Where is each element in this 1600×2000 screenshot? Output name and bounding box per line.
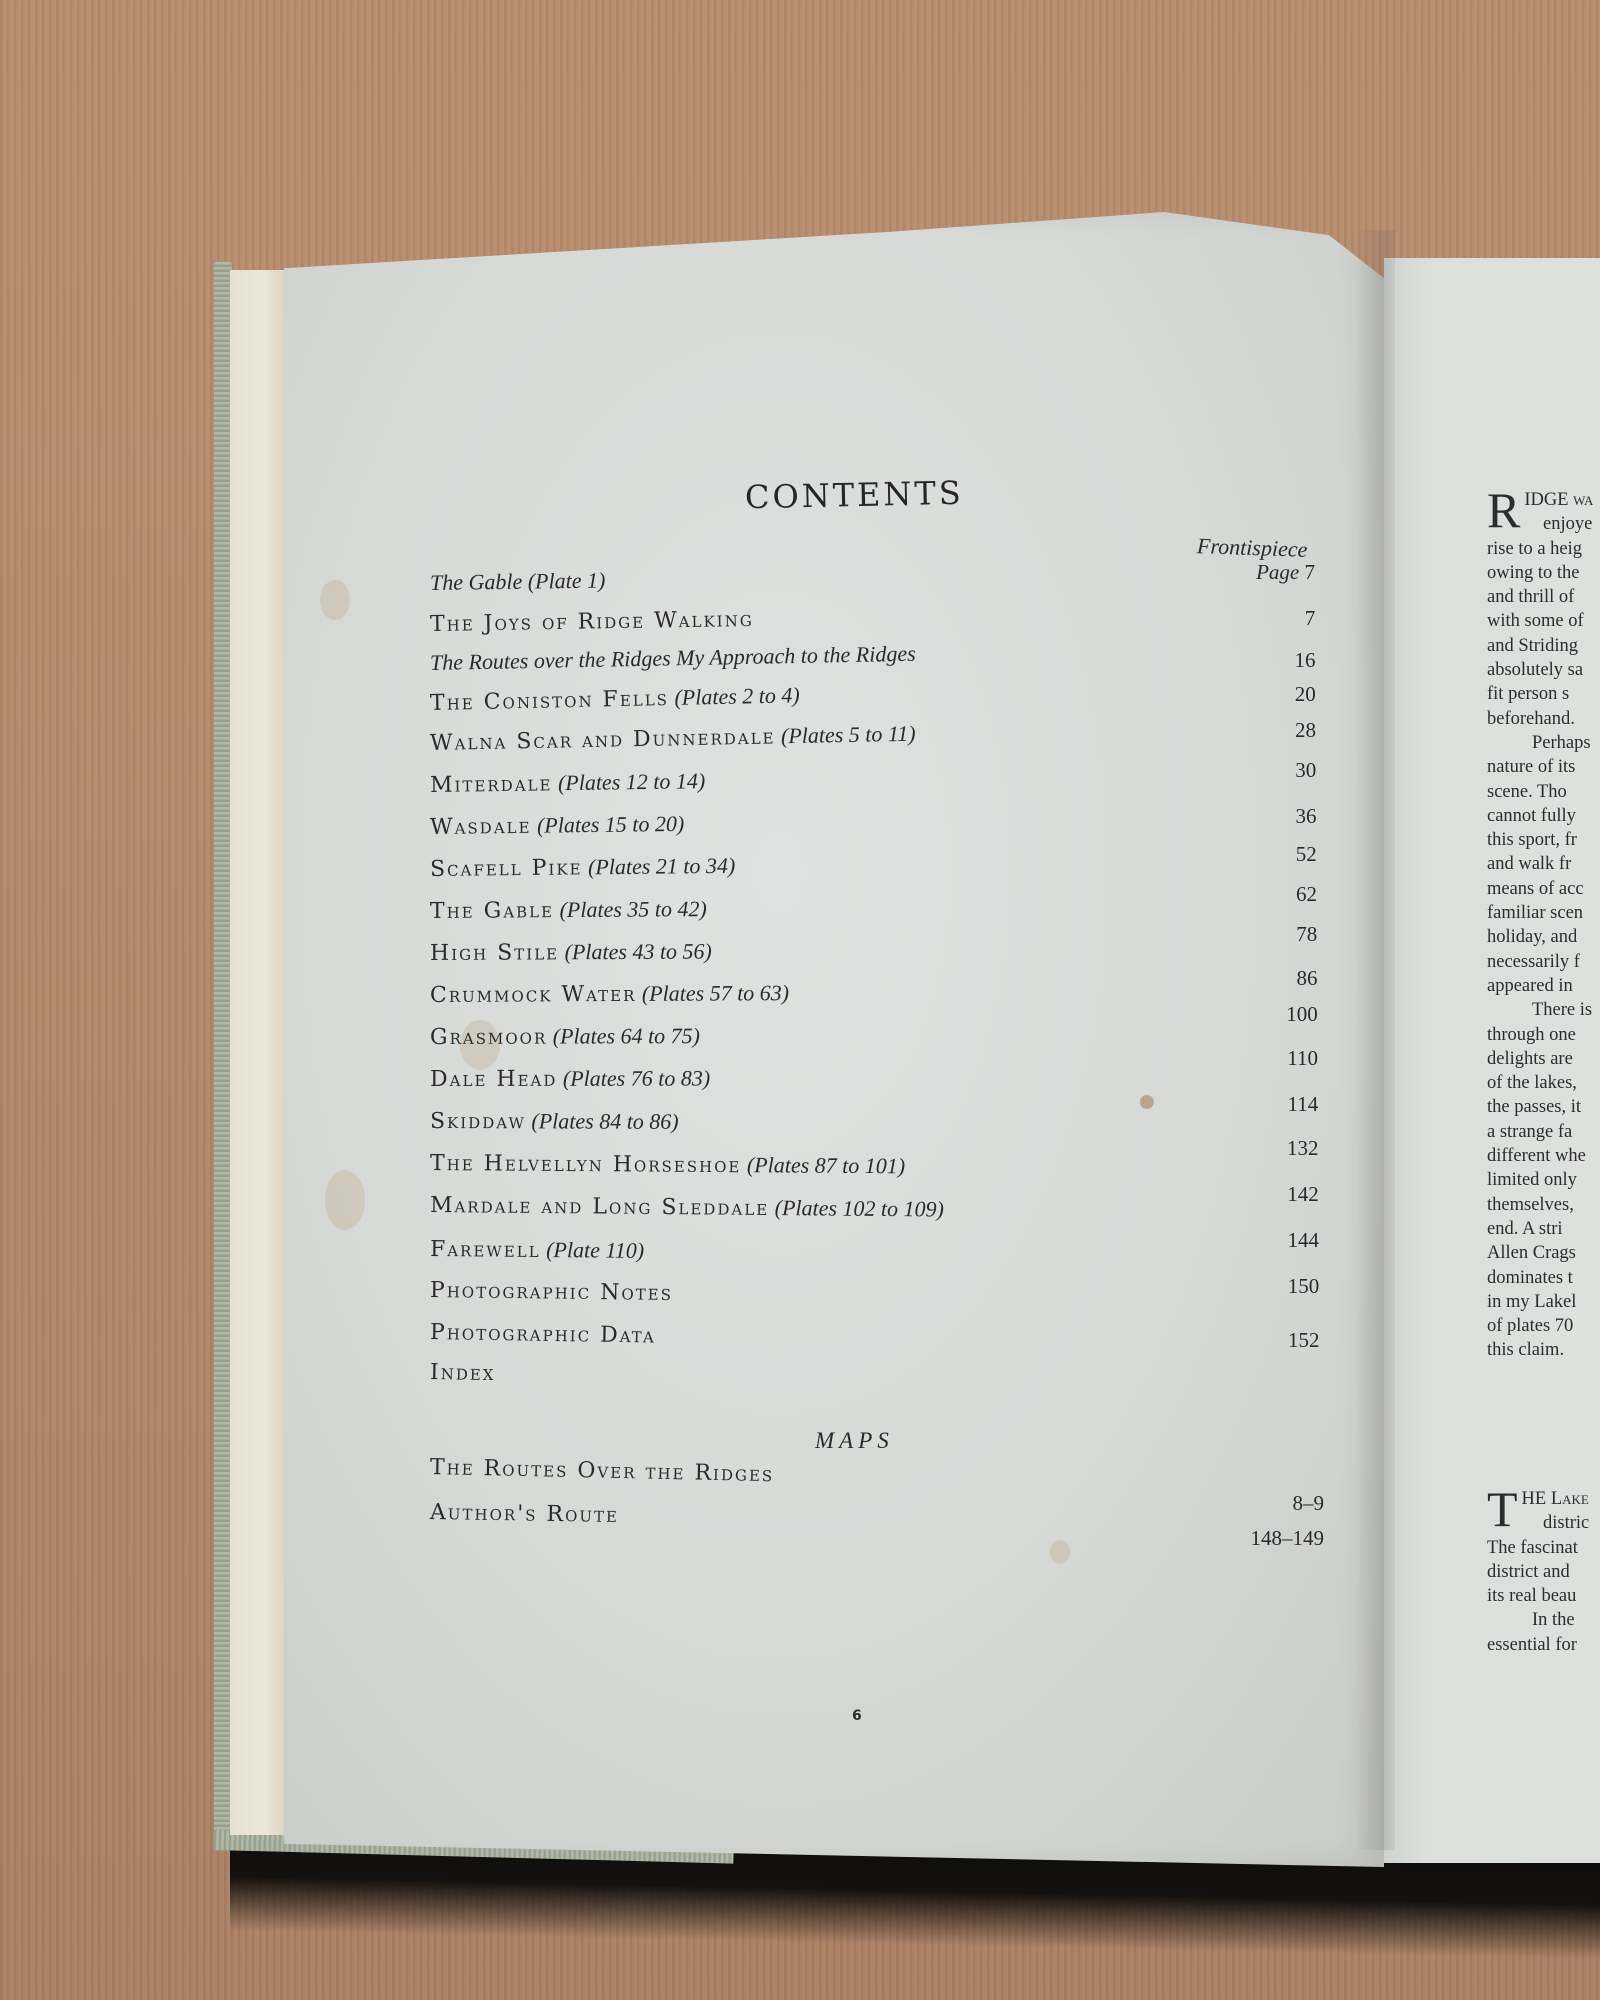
- body-text-line: Allen Crags: [1487, 1241, 1600, 1265]
- body-text-line: limited only: [1487, 1168, 1600, 1192]
- toc-entry: Farewell (Plate 110)144: [430, 1236, 1310, 1270]
- body-text-line: of the lakes,: [1487, 1071, 1600, 1095]
- body-text-line: appeared in: [1487, 974, 1600, 998]
- toc-entry-title: Skiddaw (Plates 84 to 86): [430, 1108, 679, 1135]
- body-text-line: different whe: [1487, 1144, 1600, 1168]
- maps-heading: MAPS: [815, 1428, 894, 1454]
- body-text-line: rise to a heig: [1487, 537, 1600, 561]
- body-text-line: in my Lakel: [1487, 1290, 1600, 1314]
- body-text-line: The fascinat: [1487, 1536, 1600, 1560]
- body-text-line: There is: [1487, 998, 1600, 1022]
- toc-entry-title: The Gable (Plate 1): [430, 568, 606, 596]
- toc-entry-page: 30: [1295, 758, 1316, 783]
- body-text-line: through one: [1487, 1023, 1600, 1047]
- body-text-line: district and: [1487, 1560, 1600, 1584]
- toc-entry-plates: (Plate 110): [541, 1237, 645, 1263]
- toc-entry-page: 144: [1288, 1228, 1320, 1253]
- toc-entry-title: Mardale and Long Sleddale (Plates 102 to…: [430, 1192, 944, 1222]
- toc-entry-title: Miterdale (Plates 12 to 14): [430, 768, 706, 798]
- toc-entry-plates: (Plates 57 to 63): [636, 980, 789, 1006]
- page-title: CONTENTS: [745, 474, 964, 517]
- toc-entry-page: 142: [1287, 1182, 1319, 1207]
- toc-entry-title: Photographic Data: [430, 1320, 656, 1349]
- toc-entry-title: Dale Head (Plates 76 to 83): [430, 1066, 710, 1092]
- body-text-line: essential for: [1487, 1633, 1600, 1657]
- toc-entry-title: Index: [430, 1360, 496, 1386]
- toc-entry: The Gable (Plates 35 to 42)62: [430, 898, 1310, 932]
- toc-entry: Skiddaw (Plates 84 to 86)114: [430, 1108, 1310, 1142]
- body-text-line: its real beau: [1487, 1584, 1600, 1608]
- toc-entry: Grasmoor (Plates 64 to 75)100: [430, 1024, 1310, 1058]
- right-page-text-section-1: RIDGE waenjoyerise to a heigowing to the…: [1487, 488, 1600, 1363]
- toc-entry-page: 100: [1286, 1002, 1318, 1027]
- body-text-line: holiday, and: [1487, 925, 1600, 949]
- body-text-line: familiar scen: [1487, 901, 1600, 925]
- toc-entry-plates: (Plates 102 to 109): [769, 1195, 944, 1222]
- body-text-line: necessarily f: [1487, 950, 1600, 974]
- toc-entry-plates: (Plates 12 to 14): [552, 768, 705, 795]
- toc-entry: Scafell Pike (Plates 21 to 34)52: [430, 856, 1310, 890]
- body-text-line: and Striding: [1487, 634, 1600, 658]
- body-text-line: fit person s: [1487, 682, 1600, 706]
- body-text-line: the passes, it: [1487, 1095, 1600, 1119]
- body-text-line: this sport, fr: [1487, 828, 1600, 852]
- toc-entry-page: 114: [1288, 1092, 1319, 1117]
- body-text-line: dominates t: [1487, 1266, 1600, 1290]
- toc-entry-title: Wasdale (Plates 15 to 20): [430, 811, 685, 840]
- body-text-line: absolutely sa: [1487, 658, 1600, 682]
- toc-entry: Miterdale (Plates 12 to 14)30: [430, 772, 1310, 806]
- toc-entry-title: The Coniston Fells (Plates 2 to 4): [430, 682, 800, 716]
- toc-entry: Dale Head (Plates 76 to 83)110: [430, 1066, 1310, 1100]
- toc-entry-title: Crummock Water (Plates 57 to 63): [430, 980, 789, 1008]
- toc-entry-page: 36: [1296, 804, 1317, 829]
- body-text-line: beforehand.: [1487, 707, 1600, 731]
- body-text-line: In the: [1487, 1608, 1600, 1632]
- toc-entry-page: 52: [1296, 842, 1317, 867]
- toc-entry-page: 86: [1297, 966, 1318, 991]
- right-page-text-section-2: THE LakedistricThe fascinatdistrict andi…: [1487, 1487, 1600, 1657]
- toc-entry-plates: (Plates 15 to 20): [531, 811, 684, 838]
- toc-entry-title: Scafell Pike (Plates 21 to 34): [430, 853, 736, 882]
- toc-entry: Mardale and Long Sleddale (Plates 102 to…: [430, 1192, 1310, 1226]
- body-text-line: cannot fully: [1487, 804, 1600, 828]
- toc-entry-title: The Gable (Plates 35 to 42): [430, 896, 707, 924]
- toc-entry-title: The Joys of Ridge Walking: [430, 607, 754, 637]
- body-text-line: and walk fr: [1487, 852, 1600, 876]
- toc-entry-page: 110: [1287, 1046, 1318, 1071]
- toc-entry-plates: (Plates 87 to 101): [741, 1152, 905, 1178]
- body-text-line: delights are: [1487, 1047, 1600, 1071]
- body-text-line: this claim.: [1487, 1338, 1600, 1362]
- toc-entry-title: Farewell (Plate 110): [430, 1236, 644, 1264]
- toc-entry-page: 132: [1287, 1136, 1319, 1161]
- frontispiece-label: Frontispiece: [1197, 533, 1308, 563]
- toc-entry-plates: (Plates 43 to 56): [559, 939, 712, 965]
- contents-page: CONTENTS Frontispiece The Gable (Plate 1…: [0, 0, 1600, 2000]
- toc-entry: High Stile (Plates 43 to 56)78: [430, 940, 1310, 974]
- toc-entry: The Coniston Fells (Plates 2 to 4)20: [430, 690, 1310, 724]
- map-entry: The Routes Over the Ridges8–9: [430, 1455, 1310, 1489]
- map-entry-page: 148–149: [1251, 1526, 1325, 1551]
- toc-entry: The Helvellyn Horseshoe (Plates 87 to 10…: [430, 1150, 1310, 1184]
- toc-entry-title: The Helvellyn Horseshoe (Plates 87 to 10…: [430, 1150, 905, 1179]
- body-text-line: nature of its: [1487, 755, 1600, 779]
- toc-entry-title: Photographic Notes: [430, 1278, 673, 1306]
- body-text-line: Perhaps: [1487, 731, 1600, 755]
- toc-entry-title: High Stile (Plates 43 to 56): [430, 939, 712, 966]
- toc-entry-page: 7: [1305, 606, 1316, 631]
- toc-entry-plates: (Plate 1): [522, 568, 605, 594]
- toc-entry: The Gable (Plate 1)Page 7: [430, 570, 1310, 604]
- body-text-line: means of acc: [1487, 877, 1600, 901]
- body-text-line: end. A stri: [1487, 1217, 1600, 1241]
- toc-entry: Wasdale (Plates 15 to 20)36: [430, 814, 1310, 848]
- toc-entry-page: 152: [1288, 1328, 1320, 1353]
- body-text-line: and thrill of: [1487, 585, 1600, 609]
- toc-entry-plates: (Plates 35 to 42): [554, 896, 707, 922]
- toc-entry: Index: [430, 1360, 1310, 1394]
- toc-entry: Walna Scar and Dunnerdale (Plates 5 to 1…: [430, 730, 1310, 764]
- toc-entry: Photographic Data152: [430, 1320, 1310, 1354]
- toc-entry-plates: (Plates 64 to 75): [547, 1023, 700, 1049]
- drop-cap: R: [1487, 490, 1520, 530]
- page-column-label: Page 7: [1256, 560, 1315, 585]
- toc-entry-page: 28: [1295, 718, 1316, 743]
- drop-cap: T: [1487, 1489, 1518, 1529]
- toc-entry: Crummock Water (Plates 57 to 63)86: [430, 982, 1310, 1016]
- toc-entry-page: 150: [1288, 1274, 1320, 1299]
- body-text-line: of plates 70: [1487, 1314, 1600, 1338]
- body-text-line: themselves,: [1487, 1193, 1600, 1217]
- toc-entry-plates: (Plates 2 to 4): [669, 682, 800, 710]
- toc-entry-plates: (Plates 5 to 11): [775, 721, 916, 749]
- body-text-line: scene. Tho: [1487, 780, 1600, 804]
- toc-entry: Photographic Notes150: [430, 1278, 1310, 1312]
- toc-entry-plates: (Plates 84 to 86): [526, 1108, 679, 1134]
- map-entry-title: Author's Route: [430, 1500, 619, 1528]
- toc-entry-title: Walna Scar and Dunnerdale (Plates 5 to 1…: [430, 721, 916, 756]
- body-text-line: a strange fa: [1487, 1120, 1600, 1144]
- toc-entry-page: 16: [1295, 648, 1316, 673]
- map-entry: Author's Route148–149: [430, 1500, 1310, 1534]
- body-text-line: owing to the: [1487, 561, 1600, 585]
- toc-entry-title: Grasmoor (Plates 64 to 75): [430, 1023, 700, 1050]
- page-number: 6: [852, 1708, 862, 1724]
- toc-entry-page: 62: [1296, 882, 1317, 907]
- toc-entry-page: 20: [1295, 682, 1316, 707]
- toc-entry: The Routes over the Ridges My Approach t…: [430, 650, 1310, 684]
- toc-entry-plates: (Plates 21 to 34): [582, 853, 735, 880]
- body-text-line: with some of: [1487, 609, 1600, 633]
- map-entry-title: The Routes Over the Ridges: [430, 1455, 775, 1487]
- toc-entry-plates: (Plates 76 to 83): [557, 1066, 710, 1091]
- toc-entry-page: 78: [1296, 922, 1317, 947]
